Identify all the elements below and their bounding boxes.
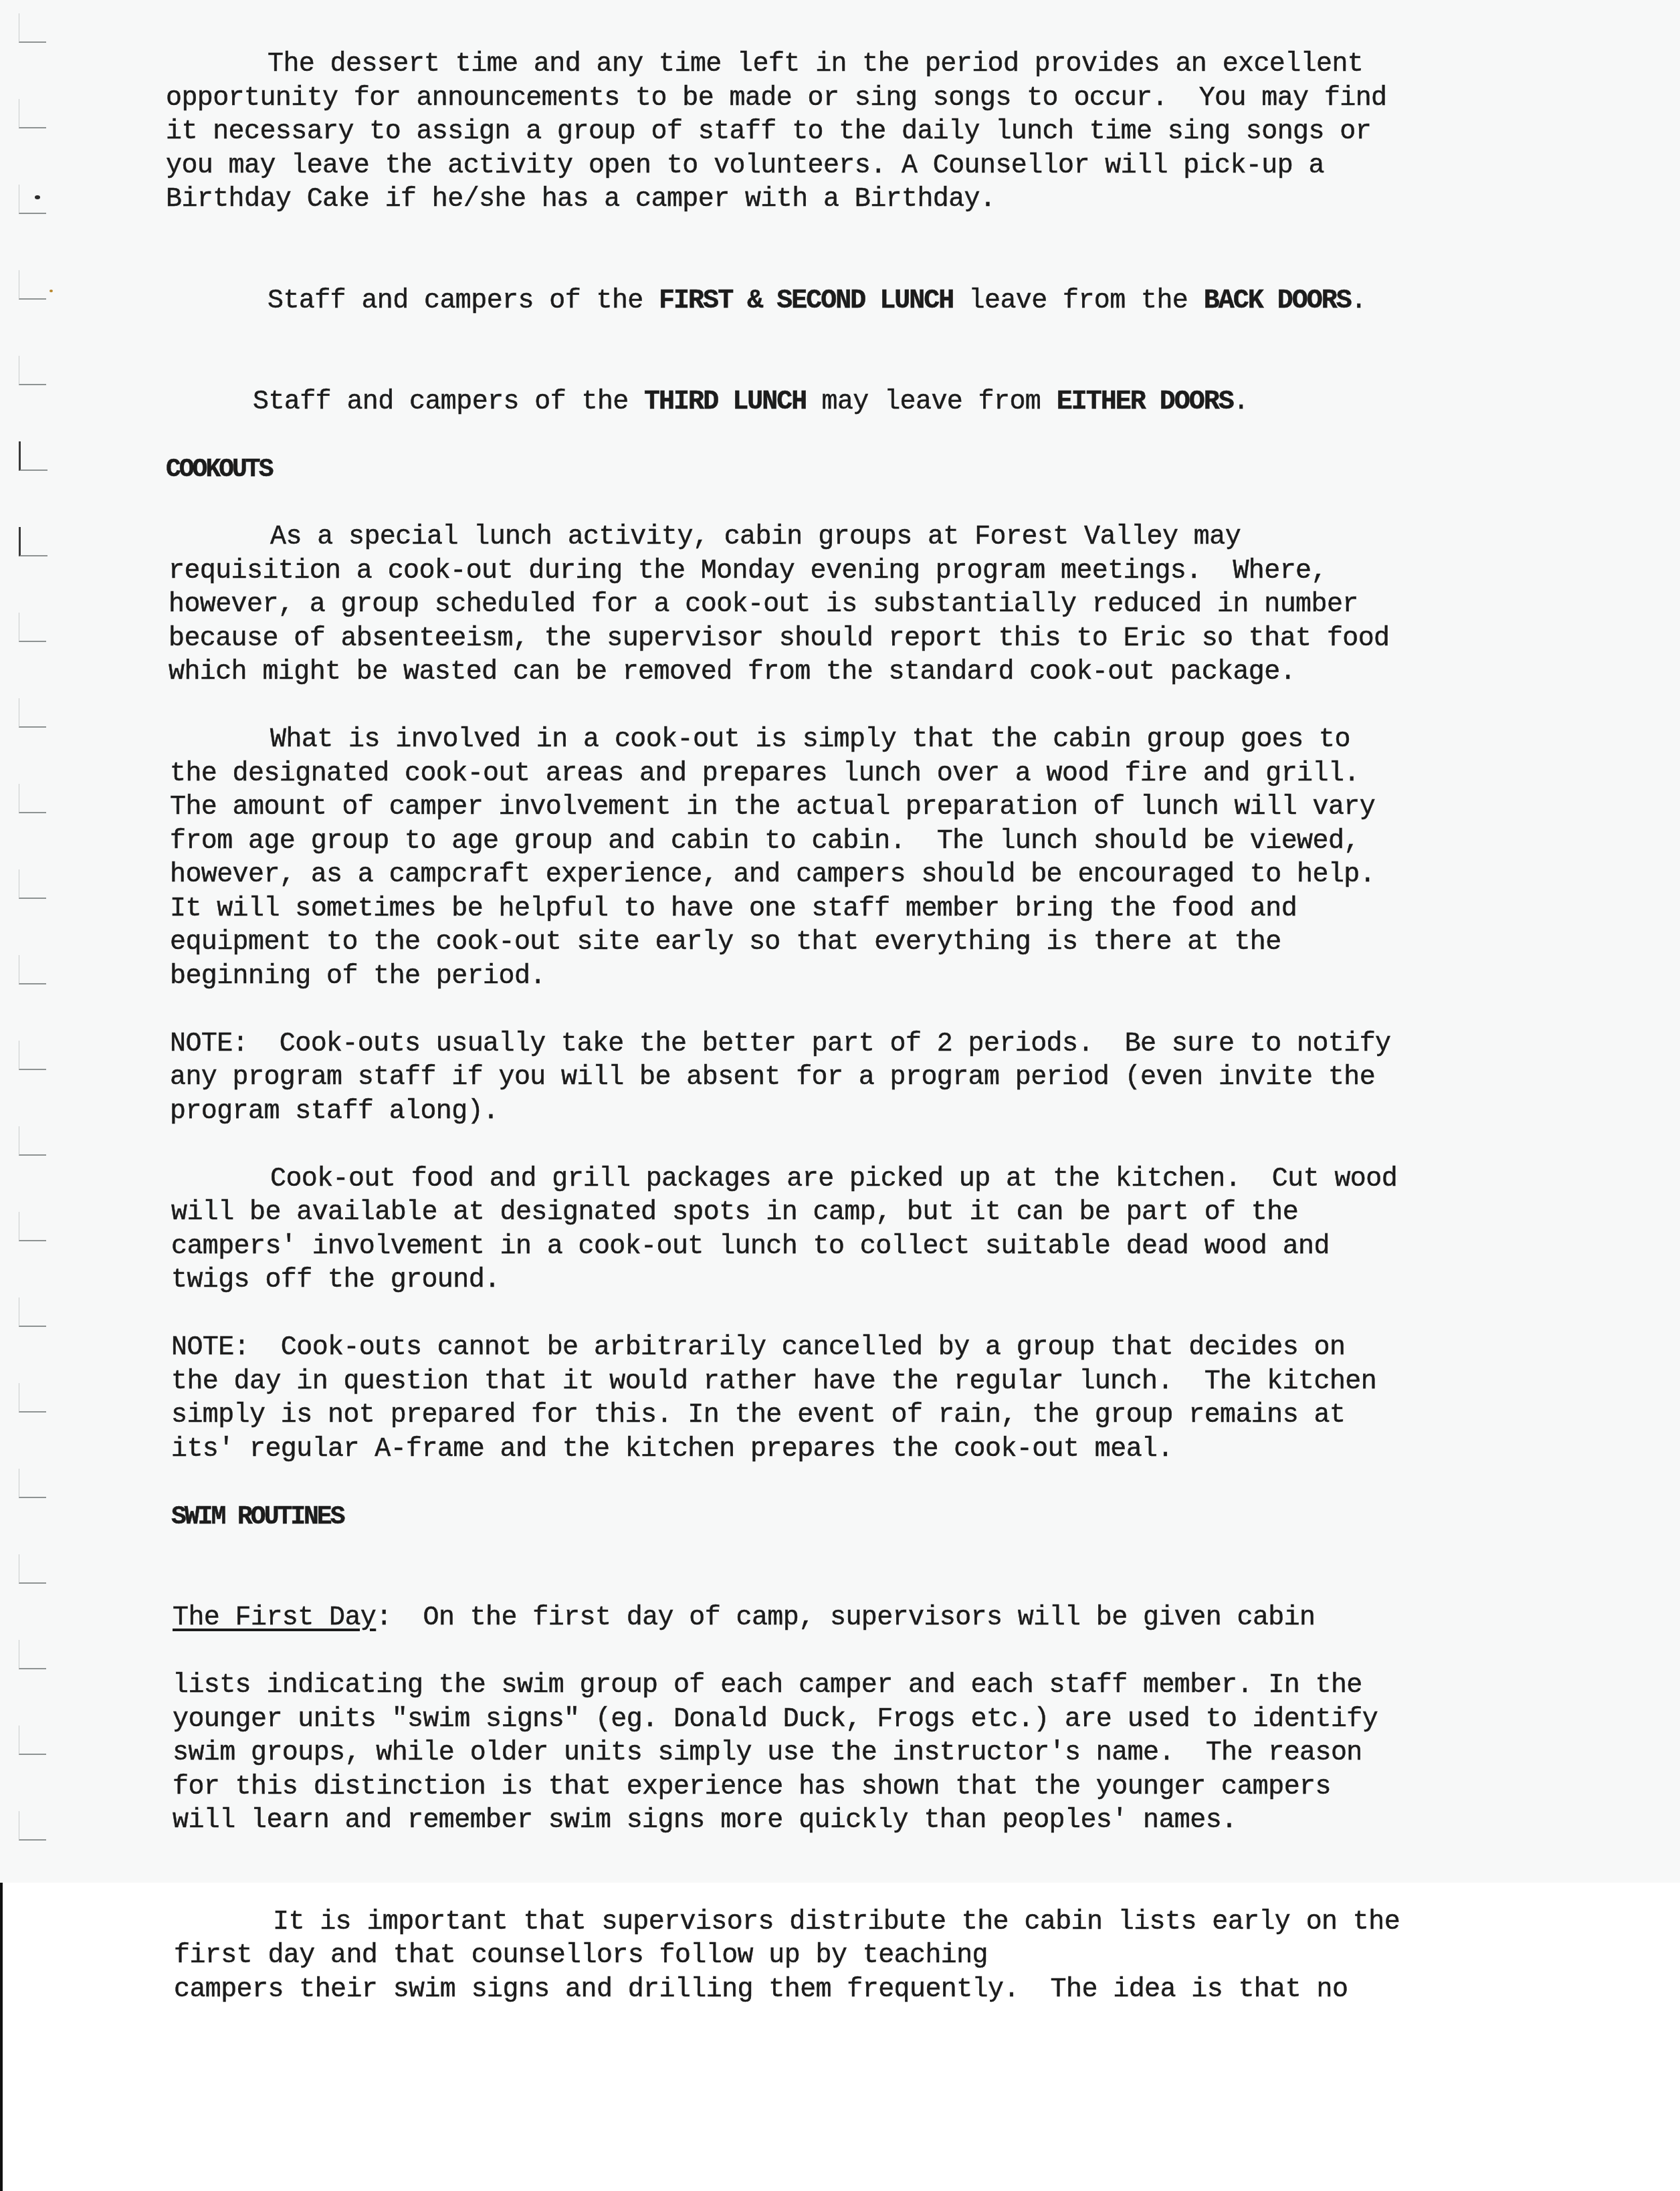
text-line: any program staff if you will be absent … xyxy=(170,1061,1503,1095)
text-line: it necessary to assign a group of staff … xyxy=(166,116,1503,150)
binder-mark xyxy=(19,13,46,43)
page-edge-line xyxy=(0,1883,3,2191)
text-line: however, a group scheduled for a cook-ou… xyxy=(169,589,1503,623)
binder-mark xyxy=(19,698,46,728)
text-line: will learn and remember swim signs more … xyxy=(173,1804,1503,1839)
paragraph-dessert: The dessert time and any time left in th… xyxy=(166,48,1503,217)
lunch-group-emphasis: THIRD LUNCH xyxy=(644,387,806,417)
text-line: NOTE: Cook-outs cannot be arbitrarily ca… xyxy=(171,1332,1503,1366)
binder-mark xyxy=(19,1640,46,1669)
text-line: its' regular A-frame and the kitchen pre… xyxy=(171,1433,1503,1467)
text-line: Birthday Cake if he/she has a camper wit… xyxy=(166,183,1503,217)
section-heading-cookouts: COOKOUTS xyxy=(166,453,1503,488)
binder-mark xyxy=(19,1297,46,1327)
section-heading-swim-routines: SWIM ROUTINES xyxy=(166,1501,1503,1535)
door-emphasis: BACK DOORS xyxy=(1204,286,1351,316)
first-second-lunch-doors: Staff and campers of the FIRST & SECOND … xyxy=(166,251,1503,318)
text-line: campers their swim signs and drilling th… xyxy=(174,1974,1503,2008)
text-line: however, as a campcraft experience, and … xyxy=(170,859,1503,893)
text-line: will be available at designated spots in… xyxy=(171,1196,1503,1231)
text-line: because of absenteeism, the supervisor s… xyxy=(169,623,1503,657)
text-line: requisition a cook-out during the Monday… xyxy=(169,555,1503,589)
first-day-label: The First Day xyxy=(173,1603,376,1633)
binder-mark xyxy=(19,1041,46,1070)
text-line: What is involved in a cook-out is simply… xyxy=(170,724,1503,758)
text-line: the designated cook-out areas and prepar… xyxy=(170,758,1503,792)
paragraph-cookout-involvement: What is involved in a cook-out is simply… xyxy=(166,724,1503,994)
lunch-group-emphasis: FIRST & SECOND LUNCH xyxy=(659,286,953,316)
text-line: swim groups, while older units simply us… xyxy=(173,1737,1503,1771)
text-line: you may leave the activity open to volun… xyxy=(166,150,1503,184)
text: Staff and campers of the xyxy=(253,387,644,417)
third-lunch-doors: Staff and campers of the THIRD LUNCH may… xyxy=(166,352,1503,420)
binder-mark xyxy=(19,613,46,642)
text-line: opportunity for announcements to be made… xyxy=(166,82,1503,116)
paragraph-cookout-requisition: As a special lunch activity, cabin group… xyxy=(166,521,1503,690)
note-cookout-duration: NOTE: Cook-outs usually take the better … xyxy=(166,1028,1503,1130)
text-line: As a special lunch activity, cabin group… xyxy=(169,521,1503,555)
binder-hole-marks xyxy=(0,0,60,1883)
text-line: twigs off the ground. xyxy=(171,1264,1503,1298)
binder-mark xyxy=(19,527,47,556)
text-line: The dessert time and any time left in th… xyxy=(166,48,1503,82)
text-line: lists indicating the swim group of each … xyxy=(173,1669,1503,1703)
paragraph-important-cabin-lists: It is important that supervisors distrib… xyxy=(166,1906,1503,2008)
binder-mark xyxy=(19,1383,46,1413)
scan-speck xyxy=(49,290,53,292)
text: . xyxy=(1233,387,1249,417)
binder-mark xyxy=(19,869,46,899)
text-line: equipment to the cook-out site early so … xyxy=(170,926,1503,960)
text-line: younger units "swim signs" (eg. Donald D… xyxy=(173,1703,1503,1738)
text-line: It is important that supervisors distrib… xyxy=(174,1906,1503,1940)
text-line: Cook-out food and grill packages are pic… xyxy=(171,1163,1503,1197)
text-line: simply is not prepared for this. In the … xyxy=(171,1399,1503,1433)
binder-mark xyxy=(19,1554,46,1584)
binder-mark xyxy=(19,784,46,813)
document-body: The dessert time and any time left in th… xyxy=(166,48,1503,2007)
binder-mark xyxy=(19,441,47,471)
text-line: from age group to age group and cabin to… xyxy=(170,825,1503,859)
text-line: the day in question that it would rather… xyxy=(171,1366,1503,1400)
text-line: for this distinction is that experience … xyxy=(173,1771,1503,1805)
binder-mark xyxy=(19,1212,46,1241)
text-line: which might be wasted can be removed fro… xyxy=(169,656,1503,690)
binder-mark xyxy=(19,1126,46,1156)
binder-mark xyxy=(19,99,46,128)
binder-mark xyxy=(19,1726,46,1755)
scan-speck xyxy=(35,195,40,199)
text-line: campers' involvement in a cook-out lunch… xyxy=(171,1231,1503,1265)
text: Staff and campers of the xyxy=(268,286,659,316)
text-line: first day and that counsellors follow up… xyxy=(174,1940,1503,1974)
paragraph-first-day: The First Day: On the first day of camp,… xyxy=(166,1568,1503,1873)
text: leave from the xyxy=(953,286,1203,316)
text: may leave from xyxy=(806,387,1056,417)
text-line: NOTE: Cook-outs usually take the better … xyxy=(170,1028,1503,1062)
binder-mark xyxy=(19,356,46,385)
binder-mark xyxy=(19,185,46,214)
paragraph-cookout-packages: Cook-out food and grill packages are pic… xyxy=(166,1163,1503,1298)
text-line: It will sometimes be helpful to have one… xyxy=(170,893,1503,927)
binder-mark xyxy=(19,1469,46,1498)
binder-mark xyxy=(19,955,46,984)
note-cookout-cancellation: NOTE: Cook-outs cannot be arbitrarily ca… xyxy=(166,1332,1503,1467)
text-line: program staff along). xyxy=(170,1095,1503,1130)
text: On the first day of camp, supervisors wi… xyxy=(423,1603,1315,1633)
binder-mark xyxy=(19,270,46,300)
binder-mark xyxy=(19,1811,46,1841)
door-emphasis: EITHER DOORS xyxy=(1057,387,1233,417)
text-line: beginning of the period. xyxy=(170,960,1503,995)
text: : xyxy=(376,1603,423,1633)
text-line: The amount of camper involvement in the … xyxy=(170,791,1503,825)
text: . xyxy=(1351,286,1366,316)
